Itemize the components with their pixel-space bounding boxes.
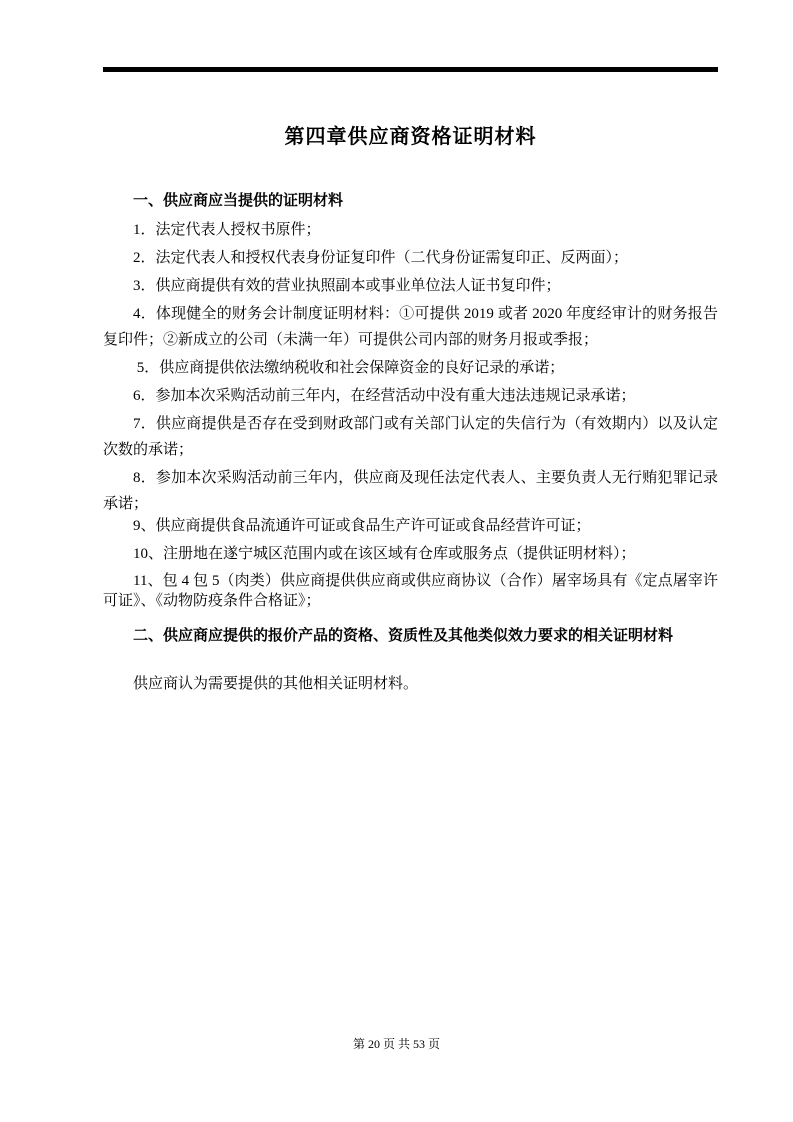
section-2-heading: 二、供应商应提供的报价产品的资格、资质性及其他类似效力要求的相关证明材料 — [103, 623, 718, 649]
section-1-heading: 一、供应商应当提供的证明材料 — [103, 188, 718, 214]
document-content: 第四章供应商资格证明材料 一、供应商应当提供的证明材料 1．法定代表人授权书原件… — [103, 0, 718, 697]
list-item-2: 2．法定代表人和授权代表身份证复印件（二代身份证需复印正、反两面）； — [103, 245, 718, 271]
list-item-4: 4．体现健全的财务会计制度证明材料：①可提供 2019 或者 2020 年度经审… — [103, 301, 718, 353]
chapter-title: 第四章供应商资格证明材料 — [103, 126, 718, 148]
list-item-1: 1．法定代表人授权书原件； — [103, 217, 718, 243]
list-item-10: 10、注册地在遂宁城区范围内或在该区域有仓库或服务点（提供证明材料）； — [103, 541, 718, 567]
document-page: 第四章供应商资格证明材料 一、供应商应当提供的证明材料 1．法定代表人授权书原件… — [0, 0, 793, 1122]
list-item-6: 6．参加本次采购活动前三年内，在经营活动中没有重大违法违规记录承诺； — [103, 383, 718, 409]
list-item-8: 8．参加本次采购活动前三年内，供应商及现任法定代表人、主要负责人无行贿犯罪记录承… — [103, 465, 718, 517]
list-item-9: 9、供应商提供食品流通许可证或食品生产许可证或食品经营许可证； — [103, 513, 718, 539]
list-item-11: 11、包 4 包 5（肉类）供应商提供供应商或供应商协议（合作）屠宰场具有《定点… — [103, 571, 718, 611]
list-item-5: 5．供应商提供依法缴纳税收和社会保障资金的良好记录的承诺； — [103, 355, 718, 381]
page-footer: 第 20 页 共 53 页 — [0, 1036, 793, 1052]
section-2-body: 供应商认为需要提供的其他相关证明材料。 — [103, 671, 718, 697]
list-item-7: 7．供应商提供是否存在受到财政部门或有关部门认定的失信行为（有效期内）以及认定次… — [103, 411, 718, 463]
list-item-3: 3．供应商提供有效的营业执照副本或事业单位法人证书复印件； — [103, 273, 718, 299]
